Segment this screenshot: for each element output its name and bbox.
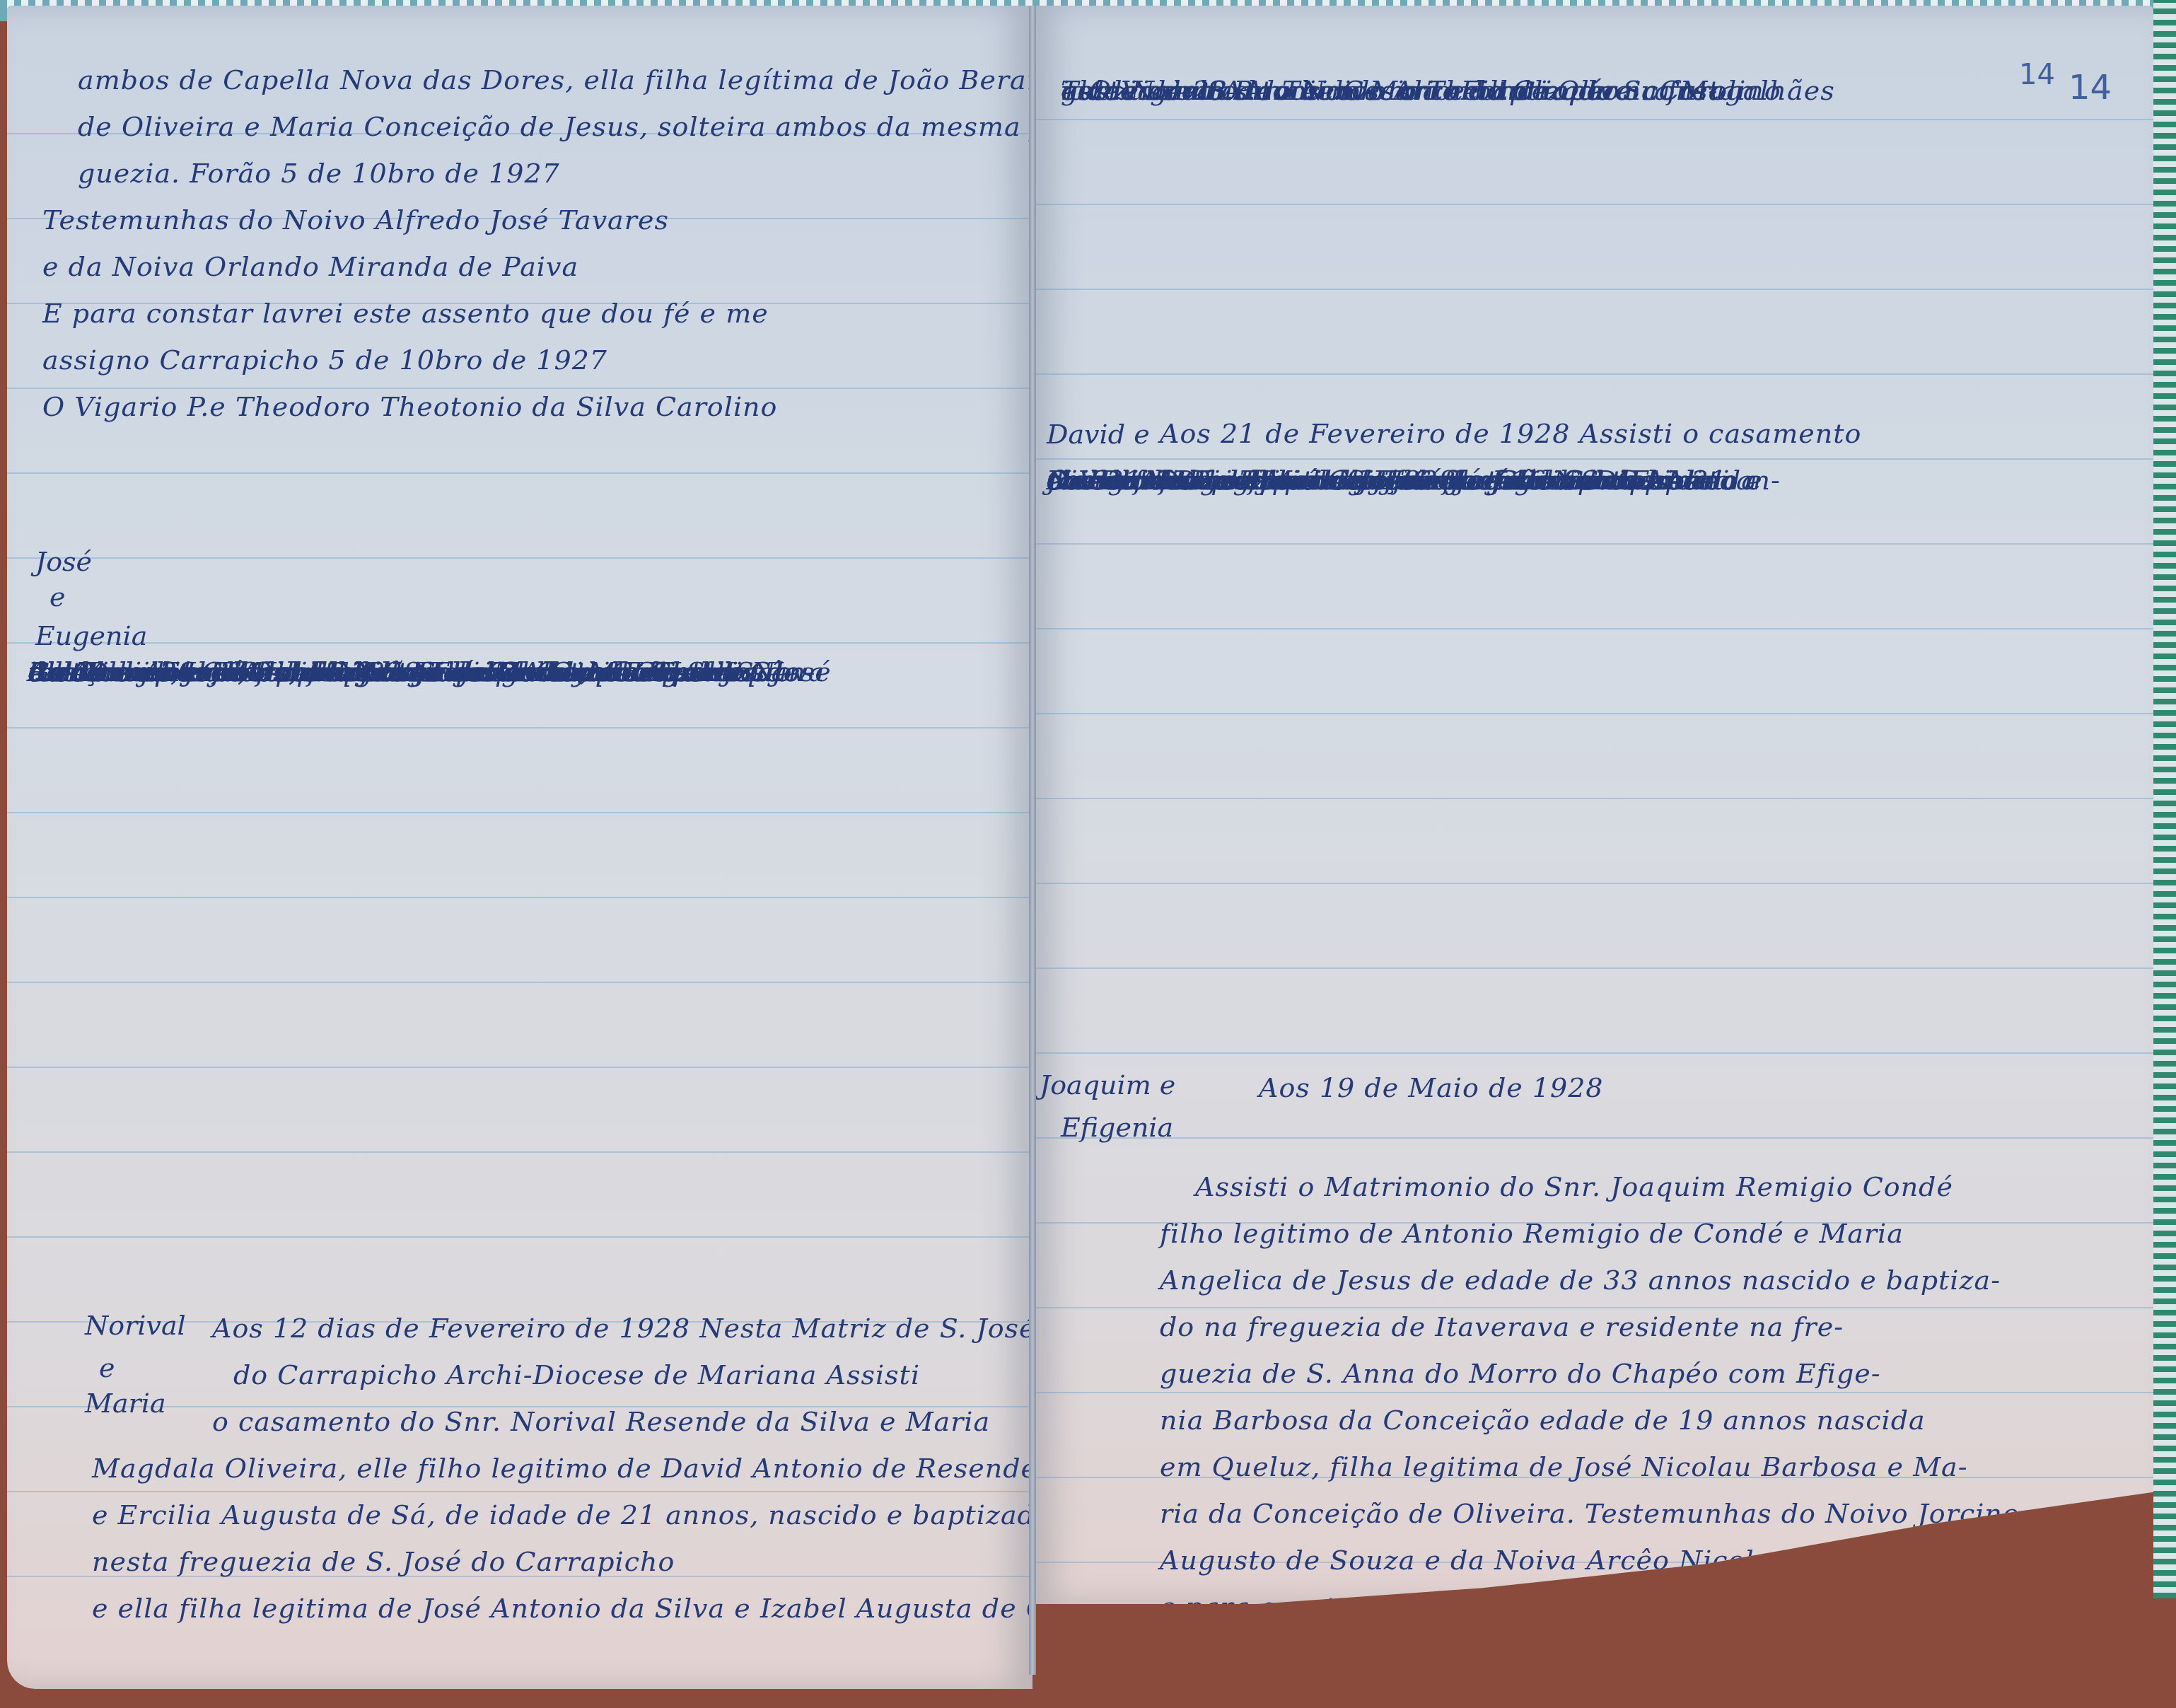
- handwritten-line: filho legitimo de Antonio Remigio de Con…: [1160, 1212, 2020, 1259]
- entry-david-geralda: Aos 21 de Fevereiro de 1928 Assisti o ca…: [1047, 412, 1748, 459]
- signature-line: O Vigario P.e Theodoro Theotonio da Silv…: [42, 385, 1032, 432]
- handwritten-line: ambos de Capella Nova das Dores, ella fi…: [78, 59, 1032, 105]
- handwritten-line: o casamento do Snr. Norival Resende da S…: [212, 1400, 1032, 1447]
- signature-line: P.e Theodoro Theotonio da Silva Carolino: [28, 651, 619, 683]
- entry-norival-maria: Aos 12 dias de Fevereiro de 1928 Nesta M…: [92, 1307, 1032, 1634]
- open-register-book: ambos de Capella Nova das Dores, ella fi…: [0, 6, 2153, 1689]
- handwritten-line: Aos 21 de Fevereiro de 1928 Assisti o ca…: [1160, 412, 1861, 459]
- left-entry-continued: ambos de Capella Nova das Dores, ella fi…: [35, 59, 1032, 432]
- handwritten-line: Aos 12 dias de Fevereiro de 1928 Nesta M…: [212, 1307, 1032, 1354]
- entry-joaquim-efigenia: Assisti o Matrimonio do Snr. Joaquim Rem…: [1089, 1166, 1949, 1604]
- page-number-pencil: 14: [2019, 59, 2055, 91]
- margin-name-e: e: [50, 579, 66, 615]
- left-page: ambos de Capella Nova das Dores, ella fi…: [7, 6, 1032, 1689]
- handwritten-line: em Queluz, filha legitima de José Nicola…: [1160, 1446, 2020, 1492]
- handwritten-line: do na freguezia de Itaverava e residente…: [1160, 1306, 2020, 1352]
- handwritten-line: e da Noiva Orlando Miranda de Paiva: [42, 245, 1032, 292]
- handwritten-line: E para constar lavrei este assento que d…: [42, 292, 1032, 339]
- handwritten-line: Augusto de Souza e da Noiva Arcêo Nicola…: [1160, 1539, 2020, 1586]
- handwritten-line: e para constar lavrei este assento que f…: [1160, 1586, 2020, 1604]
- signature-line: O Vigario P.e Theodoro Theotonio da S. C…: [1047, 459, 1739, 506]
- handwritten-line: e ella filha legitima de José Antonio da…: [92, 1587, 1032, 1634]
- page-number-ink: 14: [2069, 68, 2112, 108]
- book-spine-gutter: [1029, 6, 1036, 1675]
- handwritten-line: ria da Conceição de Oliveira. Testemunha…: [1160, 1492, 2020, 1539]
- margin-name-eugenia: Eugenia: [35, 617, 147, 654]
- right-page: 14 14 idade de 23 annos nascida e baptiz…: [1032, 6, 2153, 1604]
- handwritten-line: Magdala Oliveira, elle filho legitimo de…: [92, 1447, 1032, 1494]
- signature-line: O Vigario P.e Theodoro Theotonio da S. C…: [1089, 69, 1781, 116]
- handwritten-line: Angelica de Jesus de edade de 33 annos n…: [1160, 1259, 2020, 1306]
- handwritten-line: e Ercilia Augusta de Sá, de idade de 21 …: [92, 1494, 1032, 1540]
- right-entry-continued: idade de 23 annos nascida e baptizada na…: [1061, 69, 1753, 116]
- entry-date-heading: Aos 19 de Maio de 1928: [1259, 1067, 1604, 1109]
- handwritten-line: do Carrapicho Archi-Diocese de Mariana A…: [233, 1354, 1032, 1400]
- handwritten-line: guezia. Forão 5 de 10bro de 1927: [78, 152, 1032, 199]
- handwritten-line: nesta freguezia de S. José do Carrapicho: [92, 1540, 1032, 1587]
- handwritten-line: nia Barbosa da Conceição edade de 19 ann…: [1160, 1399, 2020, 1446]
- margin-name-jose: José: [35, 543, 92, 580]
- margin-name-efigenia: Efigenia: [1061, 1109, 1173, 1146]
- handwritten-line: guezia de S. Anna do Morro do Chapéo com…: [1160, 1352, 2020, 1399]
- handwritten-line: Assisti o Matrimonio do Snr. Joaquim Rem…: [1195, 1166, 2055, 1212]
- tablecloth-right: [2153, 0, 2176, 1598]
- margin-name-joaquim: Joaquim e: [1040, 1067, 1175, 1103]
- handwritten-line: de Oliveira e Maria Conceição de Jesus, …: [78, 105, 1032, 152]
- handwritten-line: Testemunhas do Noivo Alfredo José Tavare…: [42, 199, 1032, 245]
- handwritten-line: assigno Carrapicho 5 de 10bro de 1927: [42, 339, 1032, 385]
